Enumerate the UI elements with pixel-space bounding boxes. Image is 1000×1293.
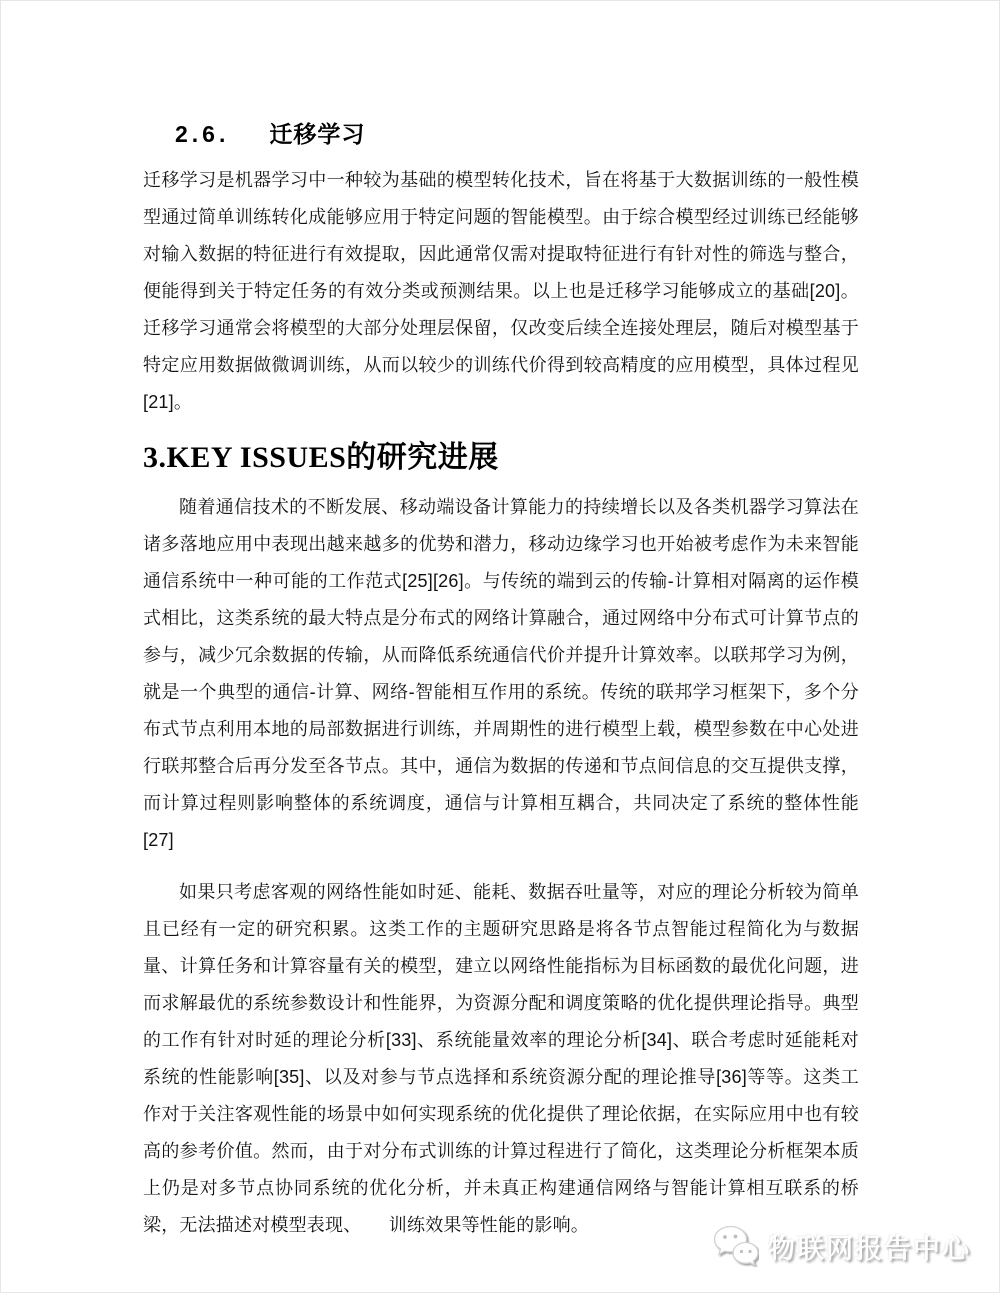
document-page: 2.6.迁移学习 迁移学习是机器学习中一种较为基础的模型转化技术，旨在将基于大数…: [0, 0, 1000, 1293]
section-heading-key-issues: 3.KEY ISSUES的研究进展: [143, 438, 859, 478]
document-content: 2.6.迁移学习 迁移学习是机器学习中一种较为基础的模型转化技术，旨在将基于大数…: [143, 1, 859, 1244]
key-issues-paragraph-1: 随着通信技术的不断发展、移动端设备计算能力的持续增长以及各类机器学习算法在诸多落…: [143, 489, 859, 859]
section-title: 迁移学习: [269, 121, 365, 147]
key-issues-paragraph-2: 如果只考虑客观的网络性能如时延、能耗、数据吞吐量等，对应的理论分析较为简单且已经…: [143, 874, 859, 1244]
watermark: 物联网报告中心: [713, 1225, 971, 1267]
transfer-learning-paragraph: 迁移学习是机器学习中一种较为基础的模型转化技术，旨在将基于大数据训练的一般性模型…: [143, 162, 859, 421]
wechat-icon: [713, 1225, 759, 1267]
section-heading-transfer-learning: 2.6.迁移学习: [175, 119, 859, 149]
watermark-text: 物联网报告中心: [768, 1227, 971, 1266]
section-number: 2.6.: [175, 121, 229, 147]
